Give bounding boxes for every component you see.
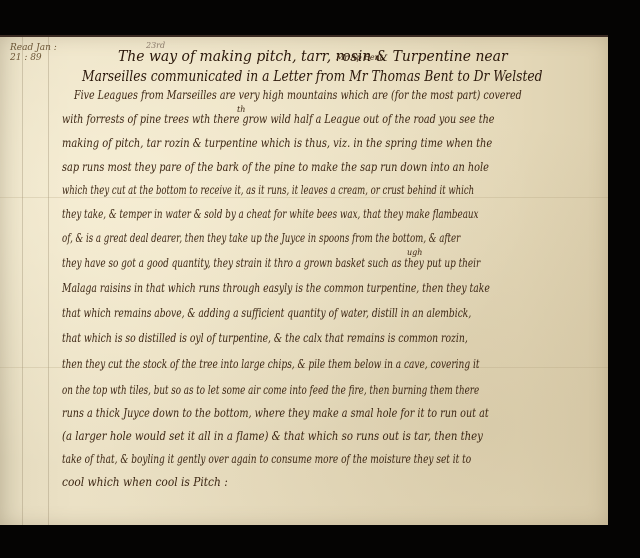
body-line-9: Malaga raisins in that which runs throug… (62, 280, 490, 295)
body-line-2: with forrests of pine trees wth there gr… (62, 111, 494, 126)
title-line-2: Marseilles communicated in a Letter from… (82, 67, 543, 85)
body-line-8: they have so got a good quantity, they s… (62, 255, 480, 270)
paper-crease (0, 197, 608, 198)
body-line-6: they take, & temper in water & sold by a… (62, 206, 479, 221)
body-line-13: on the top wth tiles, but so as to let s… (62, 382, 479, 397)
superscript: th (237, 105, 245, 114)
body-line-5: which they cut at the bottom to receive … (62, 182, 474, 197)
paper-fold-line (22, 37, 23, 525)
body-line-11: that which is so distilled is oyl of tur… (62, 330, 468, 345)
superscript: ugh (407, 248, 422, 257)
title-insertion: Mr Ap Bent (336, 53, 383, 62)
body-line-17: cool which when cool is Pitch : (62, 474, 228, 489)
body-line-10: that which remains above, & adding a suf… (62, 305, 471, 320)
body-line-4: sap runs most they pare of the bark of t… (62, 159, 489, 174)
margin-note-line: Read Jan : (10, 43, 57, 53)
body-line-7: of, & is a great deal dearer, then they … (62, 230, 460, 245)
body-line-12: then they cut the stock of the tree into… (62, 356, 479, 371)
body-line-14: runs a thick Juyce down to the bottom, w… (62, 405, 489, 420)
margin-note-line: 21 : 89 (10, 53, 57, 63)
body-line-15: (a larger hole would set it all in a fla… (62, 428, 483, 443)
manuscript-page: Read Jan : 21 : 89 23rd The way of makin… (0, 35, 608, 525)
margin-note-date: Read Jan : 21 : 89 (10, 43, 57, 63)
title-line-1: The way of making pitch, tarr, rosin & T… (118, 47, 508, 65)
body-line-16: take of that, & boyling it gently over a… (62, 451, 471, 466)
body-line-3: making of pitch, tar rozin & turpentine … (62, 135, 492, 150)
body-line-1: Five Leagues from Marseilles are very hi… (74, 87, 522, 102)
paper-fold-line (48, 37, 49, 525)
